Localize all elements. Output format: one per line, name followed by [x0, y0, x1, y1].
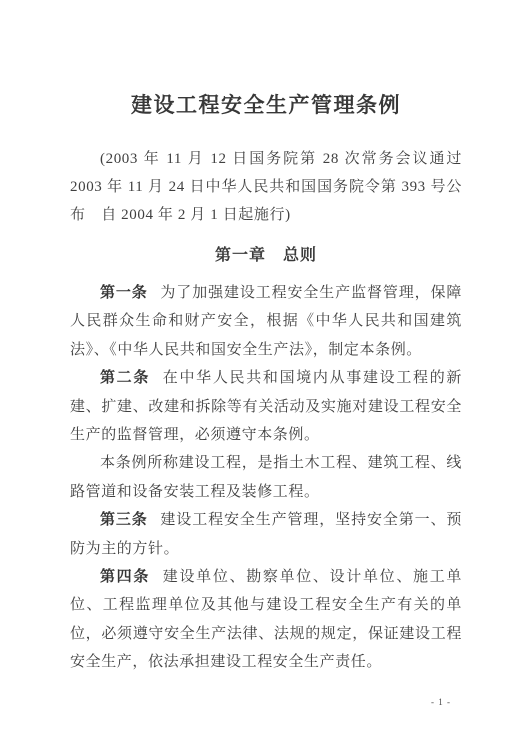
document-page: 建设工程安全生产管理条例 (2003 年 11 月 12 日国务院第 28 次常… [0, 0, 531, 750]
document-title: 建设工程安全生产管理条例 [70, 0, 462, 119]
article-4-label: 第四条 [100, 569, 150, 585]
page-number: - 1 - [431, 697, 451, 707]
articles-section: 第一条为了加强建设工程安全生产监督管理，保障人民群众生命和财产安全，根据《中华人… [70, 279, 462, 677]
document-content: 建设工程安全生产管理条例 (2003 年 11 月 12 日国务院第 28 次常… [0, 0, 531, 677]
article-2-continuation-text: 本条例所称建设工程，是指土木工程、建筑工程、线路管道和设备安装工程及装修工程。 [70, 455, 462, 499]
article-1-label: 第一条 [100, 285, 148, 301]
article-3-paragraph: 第三条建设工程安全生产管理，坚持安全第一、预防为主的方针。 [70, 506, 462, 563]
article-3-label: 第三条 [100, 512, 148, 528]
article-4-paragraph: 第四条建设单位、勘察单位、设计单位、施工单位、工程监理单位及其他与建设工程安全生… [70, 563, 462, 677]
article-1-paragraph: 第一条为了加强建设工程安全生产监督管理，保障人民群众生命和财产安全，根据《中华人… [70, 279, 462, 364]
article-2-label: 第二条 [100, 370, 150, 386]
chapter-heading: 第一章 总则 [70, 242, 462, 270]
article-2-paragraph: 第二条在中华人民共和国境内从事建设工程的新建、扩建、改建和拆除等有关活动及实施对… [70, 364, 462, 449]
promulgation-note: (2003 年 11 月 12 日国务院第 28 次常务会议通过 2003 年 … [70, 145, 462, 229]
article-2-continuation-paragraph: 本条例所称建设工程，是指土木工程、建筑工程、线路管道和设备安装工程及装修工程。 [70, 449, 462, 506]
